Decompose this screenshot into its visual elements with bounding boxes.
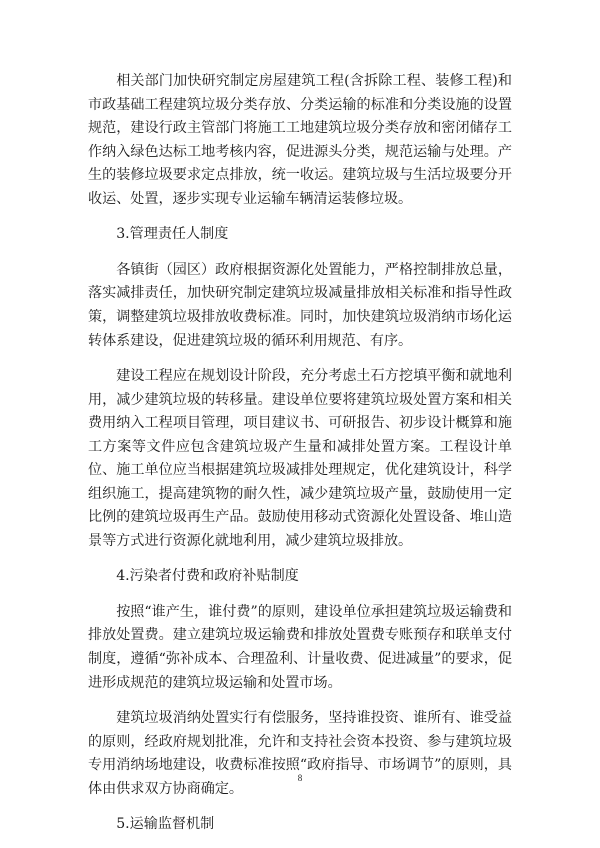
paragraph-polluter-pays: 按照“谁产生，谁付费”的原则，建设单位承担建筑垃圾运输费和排放处置费。建立建筑垃…	[88, 601, 512, 695]
section-heading-5: 5.运输监督机制	[88, 813, 512, 837]
section-heading-3: 3.管理责任人制度	[88, 223, 512, 247]
page-number: 8	[0, 773, 600, 783]
paragraph-planning-design: 建设工程应在规划设计阶段，充分考虑土石方挖填平衡和就地利用，减少建筑垃圾的转移量…	[88, 365, 512, 554]
paragraph-paid-disposal: 建筑垃圾消纳处置实行有偿服务，坚持谁投资、谁所有、谁受益的原则，经政府规划批准，…	[88, 707, 512, 801]
document-page-body: 相关部门加快研究制定房屋建筑工程(含拆除工程、装修工程)和市政基础工程建筑垃圾分…	[88, 70, 512, 848]
paragraph-waste-classification: 相关部门加快研究制定房屋建筑工程(含拆除工程、装修工程)和市政基础工程建筑垃圾分…	[88, 70, 512, 212]
section-heading-4: 4.污染者付费和政府补贴制度	[88, 565, 512, 589]
paragraph-emission-control: 各镇街（园区）政府根据资源化处置能力，严格控制排放总量，落实减排责任，加快研究制…	[88, 259, 512, 353]
